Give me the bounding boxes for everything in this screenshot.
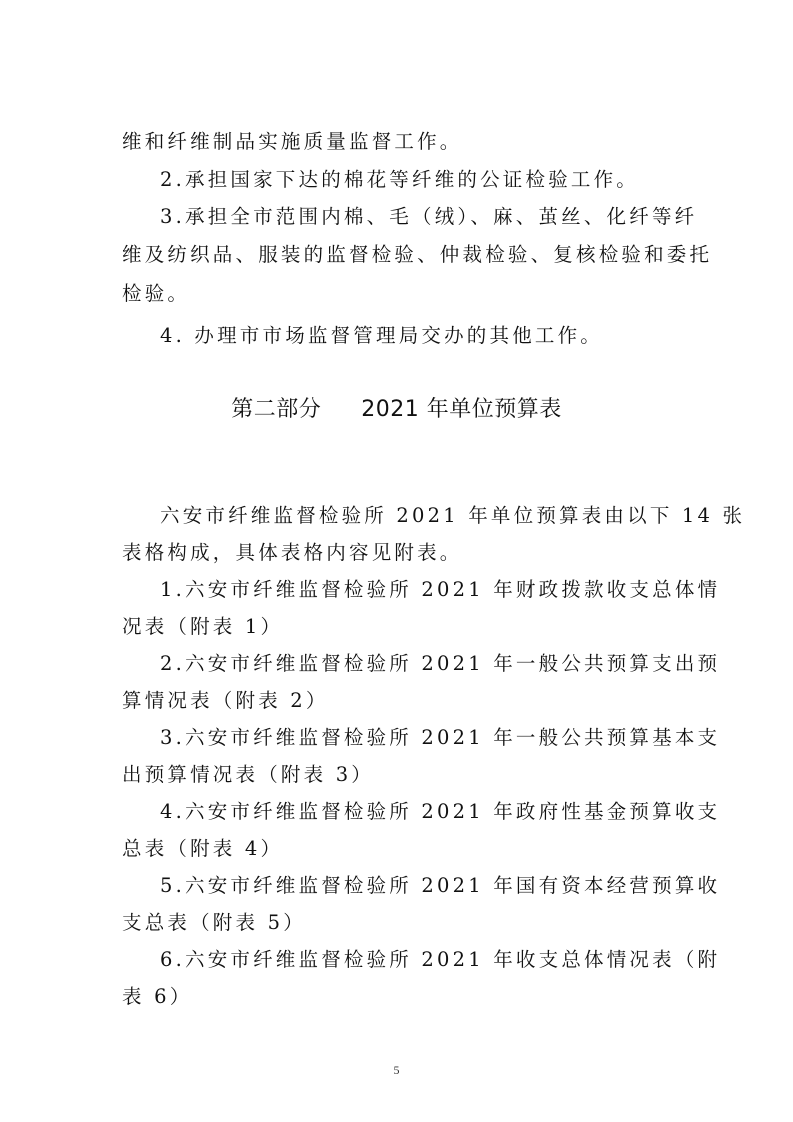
list-item: 3.承担全市范围内棉、毛（绒）、麻、茧丝、化纤等纤	[160, 205, 674, 229]
table-list-item-cont: 算情况表（附表 2）	[122, 689, 674, 713]
paragraph-line: 维及纺织品、服装的监督检验、仲裁检验、复核检验和委托	[122, 243, 674, 267]
list-item: 4. 办理市市场监督管理局交办的其他工作。	[160, 324, 674, 348]
table-list-item: 5.六安市纤维监督检验所 2021 年国有资本经营预算收	[160, 874, 674, 898]
section-title: 2021 年单位预算表	[361, 397, 561, 422]
table-list-item-cont: 支总表（附表 5）	[122, 911, 674, 935]
intro-paragraph-line: 表格构成，具体表格内容见附表。	[122, 541, 674, 565]
table-list-item-cont: 总表（附表 4）	[122, 837, 674, 861]
table-list-item: 6.六安市纤维监督检验所 2021 年收支总体情况表（附	[160, 948, 674, 972]
paragraph-line: 维和纤维制品实施质量监督工作。	[122, 130, 674, 154]
list-item: 2.承担国家下达的棉花等纤维的公证检验工作。	[160, 168, 674, 192]
table-list-item: 1.六安市纤维监督检验所 2021 年财政拨款收支总体情	[160, 578, 674, 602]
document-page: 维和纤维制品实施质量监督工作。 2.承担国家下达的棉花等纤维的公证检验工作。 3…	[0, 0, 793, 1122]
table-list-item: 3.六安市纤维监督检验所 2021 年一般公共预算基本支	[160, 726, 674, 750]
table-list-item: 2.六安市纤维监督检验所 2021 年一般公共预算支出预	[160, 652, 674, 676]
paragraph-line: 检验。	[122, 282, 674, 306]
table-list-item: 4.六安市纤维监督检验所 2021 年政府性基金预算收支	[160, 800, 674, 824]
page-number: 5	[0, 1063, 793, 1078]
intro-paragraph-line: 六安市纤维监督检验所 2021 年单位预算表由以下 14 张	[160, 504, 674, 528]
section-heading: 第二部分2021 年单位预算表	[0, 395, 793, 425]
table-list-item-cont: 表 6）	[122, 985, 674, 1009]
table-list-item-cont: 出预算情况表（附表 3）	[122, 763, 674, 787]
table-list-item-cont: 况表（附表 1）	[122, 615, 674, 639]
section-part-label: 第二部分	[231, 397, 321, 422]
